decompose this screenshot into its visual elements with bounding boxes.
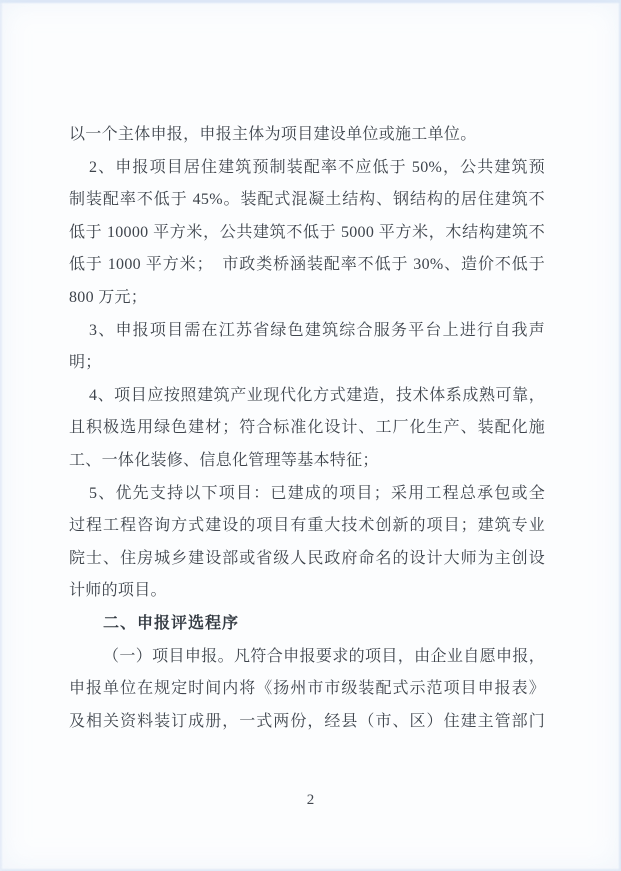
body-line: （一）项目申报。凡符合申报要求的项目，由企业自愿申报， <box>69 641 545 674</box>
body-line: 计师的项目。 <box>69 575 545 608</box>
body-line: 800 万元； <box>69 282 545 315</box>
section-heading: 二、申报评选程序 <box>69 608 545 641</box>
body-line: 3、申报项目需在江苏省绿色建筑综合服务平台上进行自我声 <box>69 315 545 348</box>
body-line: 以一个主体申报，申报主体为项目建设单位或施工单位。 <box>69 119 545 152</box>
body-line: 低于 10000 平方米，公共建筑不低于 5000 平方米，木结构建筑不 <box>69 217 545 250</box>
body-line: 院士、住房城乡建设部或省级人民政府命名的设计大师为主创设 <box>69 543 545 576</box>
body-line: 及相关资料装订成册，一式两份，经县（市、区）住建主管部门 <box>69 706 545 739</box>
body-line: 制装配率不低于 45%。装配式混凝土结构、钢结构的居住建筑不 <box>69 184 545 217</box>
body-line: 且积极选用绿色建材；符合标准化设计、工厂化生产、装配化施 <box>69 412 545 445</box>
body-line: 5、优先支持以下项目：已建成的项目；采用工程总承包或全 <box>69 478 545 511</box>
body-line: 2、申报项目居住建筑预制装配率不应低于 50%，公共建筑预 <box>69 152 545 185</box>
body-line: 申报单位在规定时间内将《扬州市市级装配式示范项目申报表》 <box>69 673 545 706</box>
body-line: 工、一体化装修、信息化管理等基本特征； <box>69 445 545 478</box>
body-line: 4、项目应按照建筑产业现代化方式建造，技术体系成熟可靠， <box>69 380 545 413</box>
body-line: 低于 1000 平方米； 市政类桥涵装配率不低于 30%、造价不低于 <box>69 249 545 282</box>
body-line: 明； <box>69 347 545 380</box>
scanned-document-page: 以一个主体申报，申报主体为项目建设单位或施工单位。 2、申报项目居住建筑预制装配… <box>0 0 621 871</box>
page-number: 2 <box>0 792 621 809</box>
body-line: 过程工程咨询方式建设的项目有重大技术创新的项目；建筑专业 <box>69 510 545 543</box>
document-body: 以一个主体申报，申报主体为项目建设单位或施工单位。 2、申报项目居住建筑预制装配… <box>69 119 545 738</box>
